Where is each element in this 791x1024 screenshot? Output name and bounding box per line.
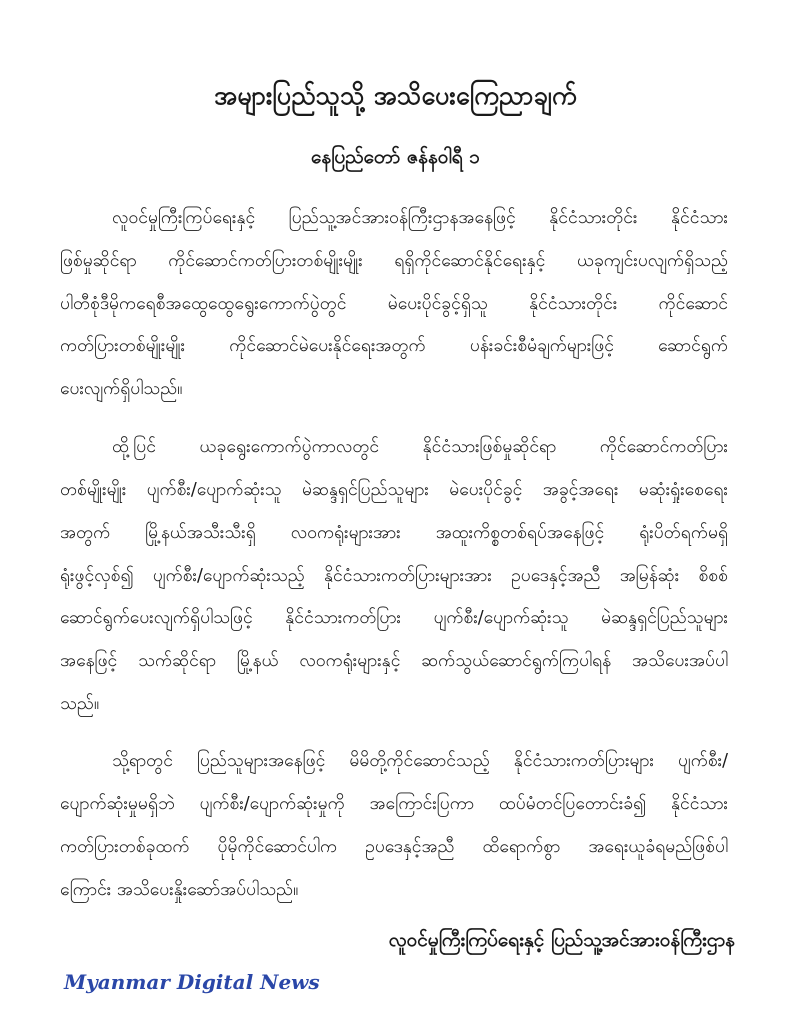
text-line: အနေဖြင့် သက်ဆိုင်ရာ မြို့နယ် လဝကရုံးများ… — [60, 647, 728, 675]
text-line: ဖြစ်မှုဆိုင်ရာ ကိုင်ဆောင်ကတ်ပြားတစ်မျိုး… — [60, 247, 728, 275]
text-line: ကတ်ပြားတစ်ခုထက် ပိုမိုကိုင်ဆောင်ပါက ဥပဒေ… — [60, 833, 728, 861]
text-line: ပျောက်ဆုံးမှုမရှိဘဲ ပျက်စီး/ပျောက်ဆုံးမှ… — [60, 790, 728, 818]
text-line: လူဝင်မှုကြီးကြပ်ရေးနှင့် ပြည်သူ့အင်အားဝန… — [112, 204, 728, 232]
text-line: တစ်မျိုးမျိုး ပျက်စီး/ပျောက်ဆုံးသူ မဲဆန္… — [60, 476, 728, 504]
text-line: ရုံးဖွင့်လှစ်၍ ပျက်စီး/ပျောက်ဆုံးသည့် နိ… — [60, 562, 728, 590]
text-line: ပေးလျက်ရှိပါသည်။ — [60, 375, 728, 403]
text-line: ကတ်ပြားတစ်မျိုးမျိုး ကိုင်ဆောင်မဲပေးနိုင… — [60, 332, 728, 360]
ministry-signature: လူဝင်မှုကြီးကြပ်ရေးနှင့် ပြည်သူ့အင်အားဝန… — [389, 928, 735, 956]
text-line: အတွက် မြို့နယ်အသီးသီးရှိ လဝကရုံးများအား … — [60, 519, 728, 547]
announcement-title: အများပြည်သူသို့ အသိပေးကြေညာချက် — [0, 80, 791, 117]
text-line: ဆောင်ရွက်ပေးလျက်ရှိပါသဖြင့် နိုင်ငံသားကတ… — [60, 604, 728, 632]
text-line: ထို့ပြင် ယခုရွေးကောက်ပွဲကာလတွင် နိုင်ငံသ… — [112, 433, 728, 461]
text-line: သည်။ — [60, 690, 728, 718]
text-line: ကြောင်း အသိပေးနှိုးဆော်အပ်ပါသည်။ — [60, 876, 728, 904]
source-brand: Myanmar Digital News — [64, 970, 320, 994]
text-line: ပါတီစုံဒီမိုကရေစီအထွေထွေရွေးကောက်ပွဲတွင်… — [60, 290, 728, 318]
dateline: နေပြည်တော် ဇန်နဝါရီ ၁ — [0, 145, 791, 173]
text-line: သို့ရာတွင် ပြည်သူများအနေဖြင့် မိမိတို့ကိ… — [112, 747, 728, 775]
